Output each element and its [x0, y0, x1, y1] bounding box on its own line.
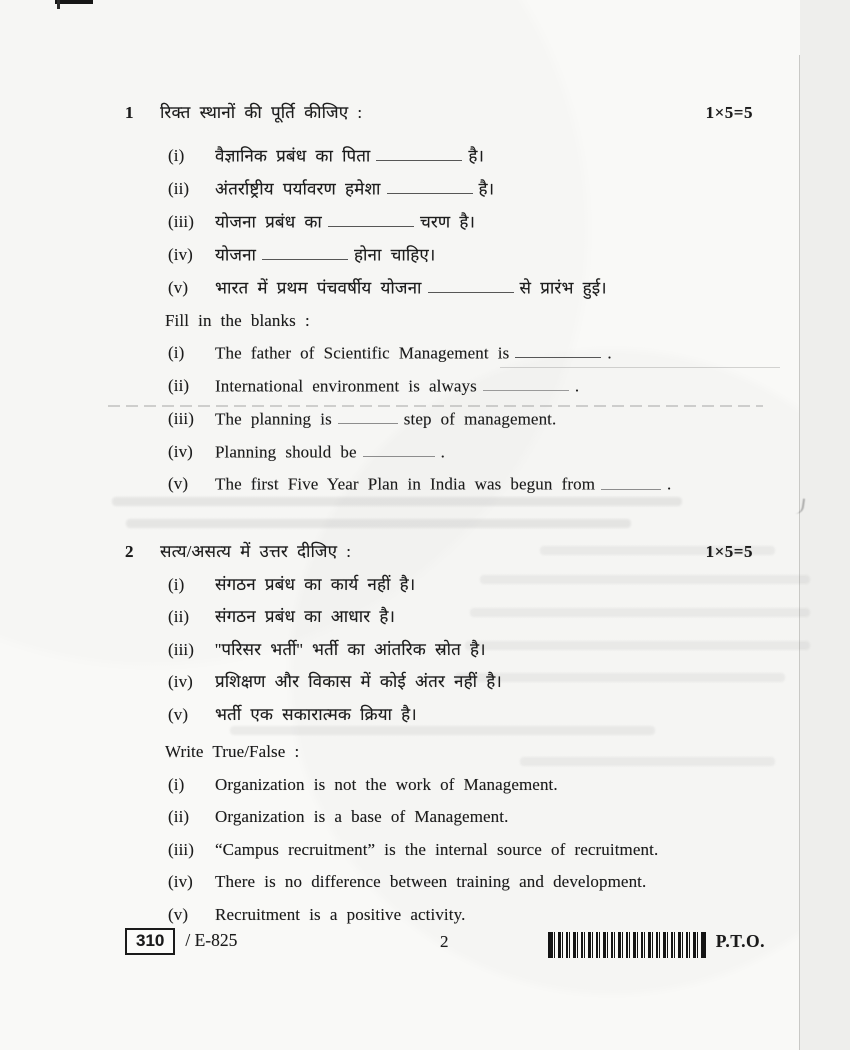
q1-english-heading: Fill in the blanks : [165, 311, 765, 331]
q1-english-item-iv: (iv) Planning should be. [168, 442, 765, 462]
item-text: ''परिसर भर्ती'' भर्ती का आंतरिक स्रोत है… [215, 640, 765, 660]
item-label: (v) [168, 278, 215, 298]
fill-in-blank [387, 179, 473, 194]
item-text-post: है। [468, 146, 484, 165]
q1-english-item-iii: (iii) The planning isstep of management. [168, 409, 765, 429]
fill-in-blank [515, 343, 601, 358]
item-text: संगठन प्रबंध का आधार है। [215, 607, 765, 627]
q1-english-item-i: (i) The father of Scientific Management … [168, 343, 765, 363]
item-text-pre: Planning should be [215, 442, 357, 461]
fill-in-blank [601, 474, 661, 489]
item-text-post: . [441, 442, 445, 461]
paper-code: / E-825 [185, 930, 237, 950]
q1-hindi-item-i: (i) वैज्ञानिक प्रबंध का पिताहै। [168, 146, 765, 166]
item-text: The planning isstep of management. [215, 409, 765, 429]
item-text-post: step of management. [404, 409, 557, 428]
item-label: (iii) [168, 840, 215, 860]
item-text-pre: The planning is [215, 409, 332, 428]
item-text-post: है। [479, 179, 495, 198]
scanned-exam-page: 1रिक्त स्थानों की पूर्ति कीजिए : 1×5=5 (… [0, 0, 850, 1050]
q2-english-item-i: (i) Organization is not the work of Mana… [168, 775, 765, 795]
item-text-post: . [607, 343, 611, 362]
item-text-pre: भारत में प्रथम पंचवर्षीय योजना [215, 278, 422, 297]
fill-in-blank [363, 442, 435, 457]
item-text-post: होना चाहिए। [354, 245, 435, 264]
item-text-pre: The father of Scientific Management is [215, 343, 509, 362]
scan-corner-artifact [55, 0, 93, 4]
q2-english-item-v: (v) Recruitment is a positive activity. [168, 905, 765, 925]
item-text-pre: योजना प्रबंध का [215, 212, 322, 231]
question-1-marks: 1×5=5 [706, 103, 753, 123]
item-text: योजनाहोना चाहिए। [215, 245, 765, 265]
q1-hindi-item-iv: (iv) योजनाहोना चाहिए। [168, 245, 765, 265]
question-1-heading-hindi: रिक्त स्थानों की पूर्ति कीजिए : [160, 103, 362, 122]
item-text-post: . [575, 376, 579, 395]
q1-hindi-item-ii: (ii) अंतर्राष्ट्रीय पर्यावरण हमेशाहै। [168, 179, 765, 199]
question-2-marks: 1×5=5 [706, 542, 753, 562]
question-2-header: 2सत्य/असत्य में उत्तर दीजिए : 1×5=5 [125, 542, 765, 562]
item-label: (iv) [168, 872, 215, 892]
paper-number-box: 310 [125, 928, 175, 955]
item-text: The father of Scientific Management is. [215, 343, 765, 363]
scan-corner-artifact [57, 0, 60, 9]
question-2-number: 2 [125, 542, 160, 562]
item-text-post: से प्रारंभ हुई। [520, 278, 607, 297]
item-label: (iii) [168, 409, 215, 429]
q1-hindi-item-iii: (iii) योजना प्रबंध काचरण है। [168, 212, 765, 232]
q2-hindi-item-v: (v) भर्ती एक सकारात्मक क्रिया है। [168, 705, 765, 725]
item-text-pre: The first Five Year Plan in India was be… [215, 475, 595, 494]
item-label: (i) [168, 146, 215, 166]
fill-in-blank [338, 409, 398, 424]
item-text: Recruitment is a positive activity. [215, 905, 765, 925]
item-label: (iv) [168, 245, 215, 265]
item-text: Organization is a base of Management. [215, 807, 765, 827]
pto-label: P.T.O. [716, 931, 765, 952]
item-text: The first Five Year Plan in India was be… [215, 474, 765, 494]
fill-in-blank [428, 278, 514, 293]
q2-english-item-iv: (iv) There is no difference between trai… [168, 872, 765, 892]
q2-english-item-iii: (iii) “Campus recruitment” is the intern… [168, 840, 765, 860]
q1-english-item-v: (v) The first Five Year Plan in India wa… [168, 474, 765, 494]
item-text: “Campus recruitment” is the internal sou… [215, 840, 765, 860]
item-label: (ii) [168, 607, 215, 627]
q1-hindi-item-v: (v) भारत में प्रथम पंचवर्षीय योजनासे प्र… [168, 278, 765, 298]
scan-edge-strip [800, 0, 850, 1050]
question-2-heading-hindi: सत्य/असत्य में उत्तर दीजिए : [160, 542, 351, 561]
q2-english-heading: Write True/False : [165, 742, 765, 762]
fill-in-blank [483, 376, 569, 391]
item-text: वैज्ञानिक प्रबंध का पिताहै। [215, 146, 765, 166]
q1-english-item-ii: (ii) International environment is always… [168, 376, 765, 396]
page-footer: 310/ E-825 2 P.T.O. [125, 928, 765, 962]
q2-english-item-ii: (ii) Organization is a base of Managemen… [168, 807, 765, 827]
item-text: प्रशिक्षण और विकास में कोई अंतर नहीं है। [215, 672, 765, 692]
item-text-post: चरण है। [420, 212, 475, 231]
item-label: (iii) [168, 640, 215, 660]
q2-hindi-item-iv: (iv) प्रशिक्षण और विकास में कोई अंतर नही… [168, 672, 765, 692]
item-label: (v) [168, 705, 215, 725]
q2-hindi-item-ii: (ii) संगठन प्रबंध का आधार है। [168, 607, 765, 627]
item-label: (ii) [168, 179, 215, 199]
fill-in-blank [376, 146, 462, 161]
item-text: संगठन प्रबंध का कार्य नहीं है। [215, 575, 765, 595]
fill-in-blank [262, 245, 348, 260]
item-text-pre: वैज्ञानिक प्रबंध का पिता [215, 146, 370, 165]
item-label: (iv) [168, 672, 215, 692]
barcode-icon [548, 932, 706, 958]
item-label: (ii) [168, 807, 215, 827]
item-text: भारत में प्रथम पंचवर्षीय योजनासे प्रारंभ… [215, 278, 765, 298]
item-text-post: . [667, 475, 671, 494]
q2-hindi-item-i: (i) संगठन प्रबंध का कार्य नहीं है। [168, 575, 765, 595]
item-label: (i) [168, 343, 215, 363]
item-text: Organization is not the work of Manageme… [215, 775, 765, 795]
item-text: अंतर्राष्ट्रीय पर्यावरण हमेशाहै। [215, 179, 765, 199]
question-1-header: 1रिक्त स्थानों की पूर्ति कीजिए : 1×5=5 [125, 103, 765, 123]
item-label: (v) [168, 474, 215, 494]
item-label: (ii) [168, 376, 215, 396]
item-text: भर्ती एक सकारात्मक क्रिया है। [215, 705, 765, 725]
page-content: 1रिक्त स्थानों की पूर्ति कीजिए : 1×5=5 (… [125, 0, 765, 937]
item-text: There is no difference between training … [215, 872, 765, 892]
question-1-number: 1 [125, 103, 160, 123]
item-label: (i) [168, 775, 215, 795]
item-text-pre: International environment is always [215, 376, 477, 395]
item-text: International environment is always. [215, 376, 765, 396]
q2-hindi-item-iii: (iii) ''परिसर भर्ती'' भर्ती का आंतरिक स्… [168, 640, 765, 660]
item-label: (iv) [168, 442, 215, 462]
page-number: 2 [440, 932, 449, 952]
item-text: योजना प्रबंध काचरण है। [215, 212, 765, 232]
item-text-pre: अंतर्राष्ट्रीय पर्यावरण हमेशा [215, 179, 381, 198]
item-text: Planning should be. [215, 442, 765, 462]
item-label: (i) [168, 575, 215, 595]
fill-in-blank [328, 212, 414, 227]
item-label: (iii) [168, 212, 215, 232]
item-label: (v) [168, 905, 215, 925]
scan-edge-line [799, 55, 800, 1050]
item-text-pre: योजना [215, 245, 256, 264]
